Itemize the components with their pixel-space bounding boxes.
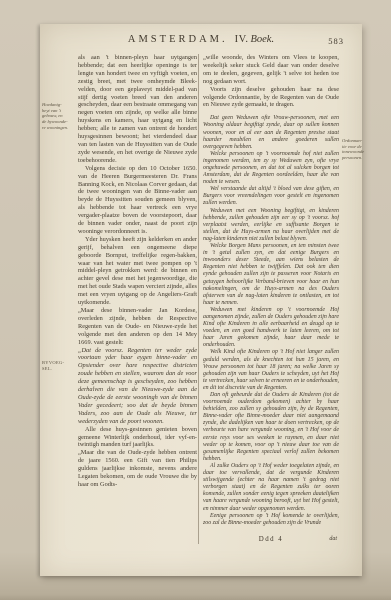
- paragraph: Weduwen met kinderen op 't voornoemde Ho…: [203, 307, 339, 350]
- text-column-left: als aan 't binnen-pleyn haar uytgangen h…: [78, 54, 197, 550]
- margin-note: Hoedanig-heyt van 'tgebouw, ende bywoond…: [42, 102, 77, 131]
- text-column-right: „wille woonde, des Winters om Vlees te k…: [203, 54, 339, 536]
- paragraph: als aan 't binnen-pleyn haar uytgangen h…: [78, 54, 197, 165]
- paragraph: Welk Kind ofte Kinderen op 't Hof niet l…: [203, 349, 339, 392]
- paragraph: „Dat de voorsz. Regenten ter weder zyde …: [78, 347, 197, 426]
- paragraph: Yder huysken heeft zijn kelderken en and…: [78, 236, 197, 307]
- column-divider-rule: [198, 54, 199, 544]
- paragraph: Volgens decisie op den 10 October 1650. …: [78, 165, 197, 236]
- paragraph: Welcke persoonen op 't voornoemde hof ni…: [203, 151, 339, 186]
- header-book-word: Boek.: [250, 34, 274, 45]
- paragraph: Al zulke Ouders op 't Hof weder toegelat…: [203, 463, 339, 513]
- right-margin-notes: Ordonnan-tie voor deinnewoondepersoonen.: [342, 24, 366, 576]
- gathering-signature: Ddd 4: [203, 536, 339, 543]
- paragraph: Dat geen Weduwen ofte Vrouw-persoonen, m…: [203, 115, 339, 150]
- margin-note: Ordonnan-tie voor deinnewoondepersoonen.: [342, 138, 366, 161]
- paragraph: Weduwen met een Wooning begiftigt, en ki…: [203, 208, 339, 243]
- paragraph: „Maar die van de Oude-zyde hebben ontren…: [78, 449, 197, 489]
- margin-note-line: sel.: [42, 366, 77, 372]
- paragraph: „wille woonde, des Winters om Vlees te k…: [203, 54, 339, 86]
- paragraph: „Maar dese binnen-vader Jan Kordese, ove…: [78, 307, 197, 347]
- header-book-number: IV.: [235, 34, 249, 45]
- header-title: AMSTERDAM.: [128, 34, 228, 45]
- margin-note-line: persoonen.: [342, 155, 366, 161]
- margin-note-line: re wooningen.: [42, 125, 77, 131]
- paragraph: Eenige persoonen op 't Hof komende te ov…: [203, 513, 339, 527]
- margin-note: Byvoeg-sel.: [42, 360, 77, 371]
- paragraph: Alle dese huys-gesinnen genieten boven g…: [78, 426, 197, 450]
- left-margin-notes: Hoedanig-heyt van 'tgebouw, ende bywoond…: [42, 24, 77, 576]
- paragraph: Dan oft gebeurde dat de Ouders de Kinder…: [203, 392, 339, 463]
- footer-row: Ddd 4 dat: [203, 536, 339, 548]
- paragraph: Voorts zijn deselve gehouden haar na des…: [203, 86, 339, 110]
- paragraph: Welcke Borgen Mans persoonen, en ten min…: [203, 243, 339, 307]
- scanned-book-photo: { "palette":{ "scan_bg":"#cfc6b5", "pape…: [0, 0, 391, 600]
- running-header: AMSTERDAM.IV.Boek.: [40, 34, 362, 45]
- paragraph: Wel verstaande dat altijd 't bloed van d…: [203, 186, 339, 207]
- catchword: dat: [329, 536, 337, 542]
- book-page: AMSTERDAM.IV.Boek. 583 Hoedanig-heyt van…: [40, 24, 362, 576]
